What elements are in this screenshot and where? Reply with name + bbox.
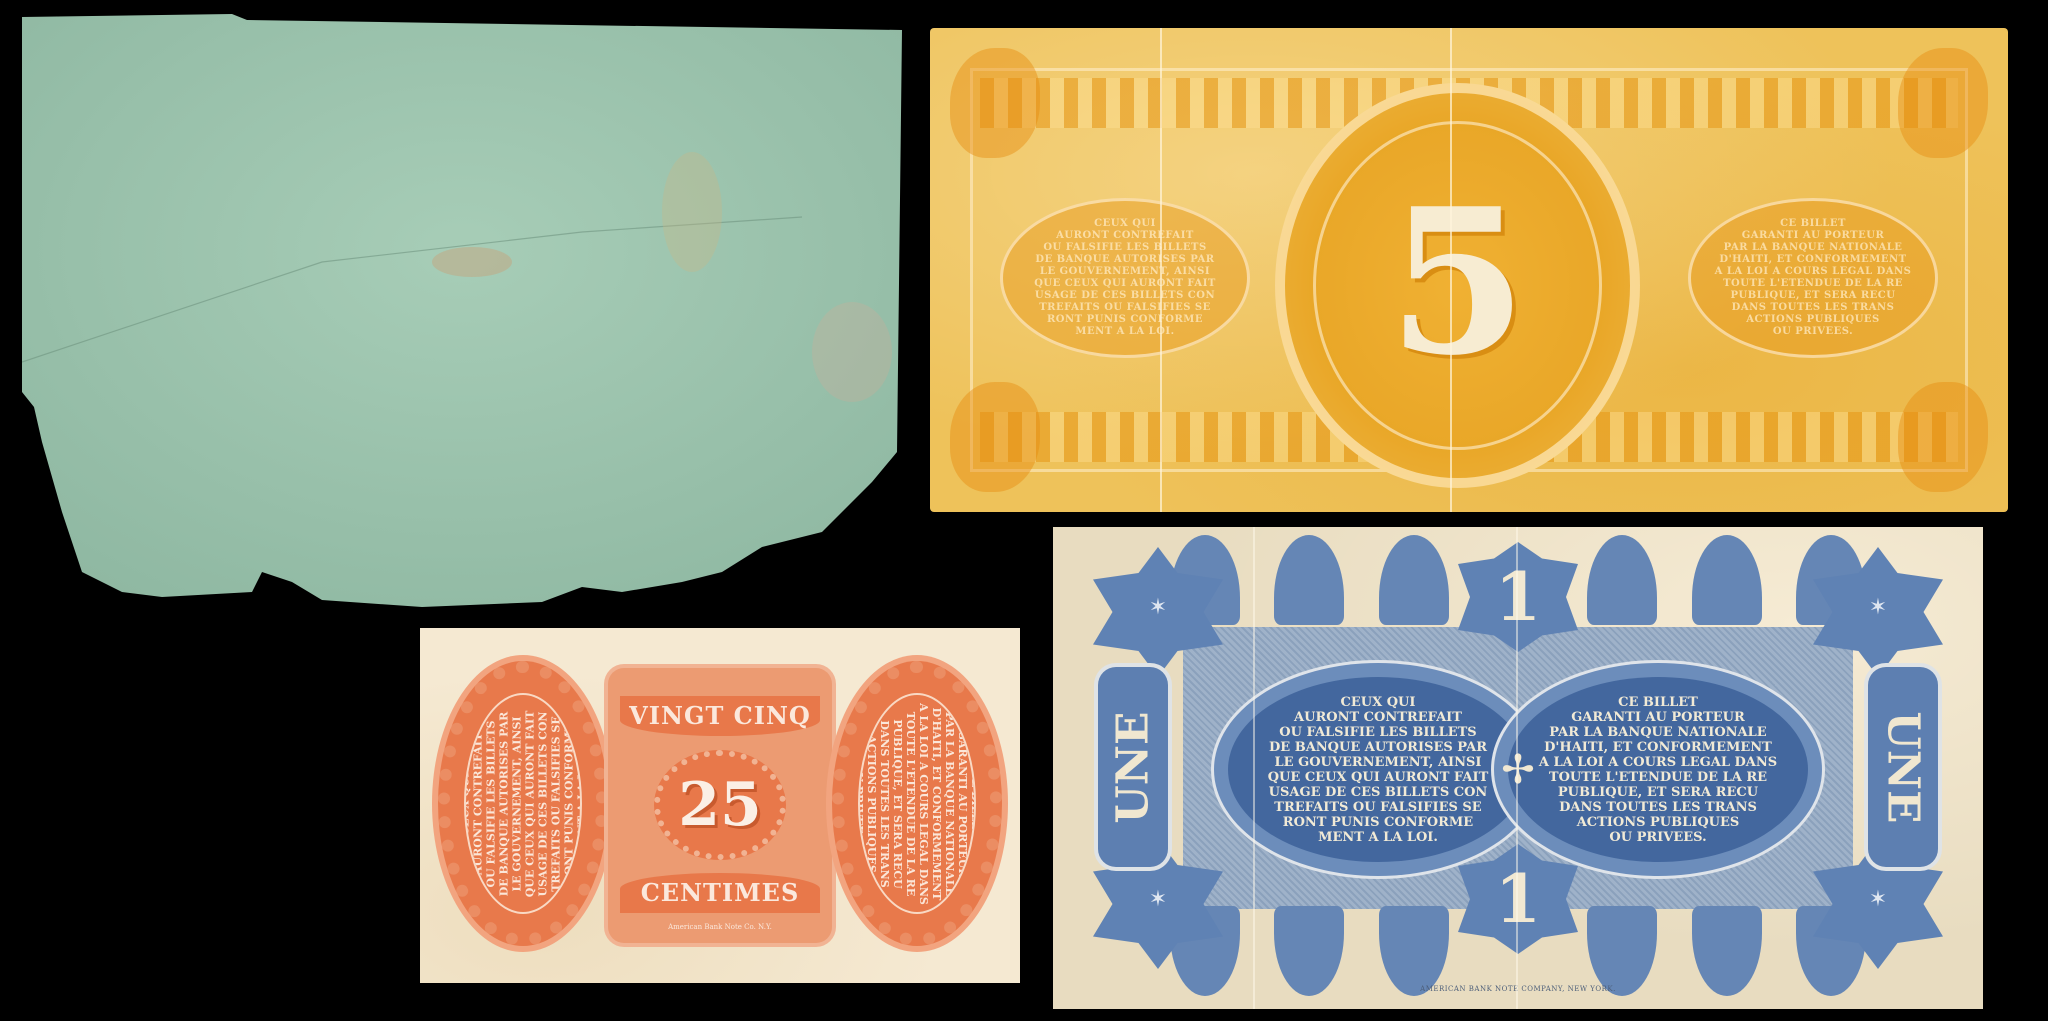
- oval-text-line: AURONT CONTREFAIT: [1294, 710, 1462, 725]
- oval-text-line: MENT A LA LOI.: [1318, 830, 1438, 845]
- oval-text-line: D'HAITI, ET CONFORMEMENT: [1544, 740, 1772, 755]
- center-denomination-oval: 5: [1275, 83, 1640, 488]
- denomination-rosette: 25: [654, 750, 786, 860]
- right-text-oval: CE BILLETGARANTI AU PORTEURPAR LA BANQUE…: [1688, 198, 1938, 358]
- corner-ornament: [950, 382, 1040, 492]
- fold-crease: [1253, 527, 1255, 1009]
- oval-text-line: OU FALSIFIE LES BILLETS: [484, 720, 497, 887]
- oval-text-line: RONT PUNIS CONFORME: [1283, 815, 1473, 830]
- oval-text-line: TOUTE L'ETENDUE DE LA RE: [1723, 278, 1903, 290]
- denomination-numeral: 1: [1495, 558, 1541, 636]
- center-panel: VINGT CINQ 25 CENTIMES American Bank Not…: [608, 668, 832, 943]
- scallop-ornament: [1692, 906, 1762, 996]
- scallop-ornament: [1379, 535, 1449, 625]
- scallop-ornament: [1274, 906, 1344, 996]
- top-banner: VINGT CINQ: [620, 696, 820, 736]
- scallop-ornament: [1379, 906, 1449, 996]
- green-note-fragment: [22, 12, 902, 607]
- oval-text-line: GARANTI AU PORTEUR: [1571, 710, 1745, 725]
- oval-text-line: OU FALSIFIE LES BILLETS: [1279, 725, 1476, 740]
- oval-text-line: GARANTI AU PORTEUR: [1742, 230, 1885, 242]
- printer-imprint: American Bank Note Co. N.Y.: [608, 923, 832, 931]
- oval-text-line: DE BANQUE AUTORISES PAR: [1035, 254, 1214, 266]
- corner-ornament: [950, 48, 1040, 158]
- oval-text-line: TREFAITS OU FALSIFIES SE: [1274, 800, 1481, 815]
- oval-text-line: D'HAITI, ET CONFORMEMENT: [1719, 254, 1906, 266]
- oval-text-line: MENT A LA LOI.: [575, 753, 582, 854]
- fleur-cross-ornament: ✢: [1498, 697, 1538, 842]
- oval-text-line: PAR LA BANQUE NATIONALE: [1549, 725, 1766, 740]
- left-text-oval: CEUX QUIAURONT CONTREFAITOU FALSIFIE LES…: [1228, 677, 1528, 862]
- oval-text-line: TREFAITS OU FALSIFIES SE: [549, 716, 562, 891]
- corner-ornament: [1898, 382, 1988, 492]
- oval-text-line: QUE CEUX QUI AURONT FAIT: [523, 710, 536, 897]
- oval-text-line: USAGE DE CES BILLETS CON: [1035, 290, 1215, 302]
- oval-text-line: OU FALSIFIE LES BILLETS: [1043, 242, 1206, 254]
- scallop-ornament: [1587, 535, 1657, 625]
- oval-text-line: PUBLIQUE, ET SERA RECU: [891, 719, 904, 888]
- oval-text-line: AURONT CONTREFAIT: [471, 732, 484, 874]
- denomination-numeral: 5: [1285, 183, 1630, 383]
- green-paper-shape: [22, 12, 902, 607]
- side-word: UNE: [1108, 711, 1159, 823]
- left-text-oval: CEUX QUIAURONT CONTREFAITOU FALSIFIE LES…: [438, 661, 608, 946]
- scallop-ornament: [1692, 535, 1762, 625]
- oval-text-line: LE GOUVERNEMENT, AINSI: [1275, 755, 1482, 770]
- denomination-numeral: 25: [678, 770, 762, 840]
- oval-text-line: OU PRIVEES.: [1773, 326, 1853, 338]
- blue-une-note: UNE UNE 1 1 CEUX QUIAURONT CONTREFAITOU …: [1053, 527, 1983, 1009]
- fold-crease: [1450, 28, 1452, 512]
- oval-text-line: PUBLIQUE, ET SERA RECU: [1558, 785, 1758, 800]
- oval-text-line: CEUX QUI: [1341, 695, 1416, 710]
- oval-text-line: TOUTE L'ETENDUE DE LA RE: [1549, 770, 1767, 785]
- oval-text-area: CEUX QUIAURONT CONTREFAITOU FALSIFIE LES…: [464, 693, 582, 914]
- oval-text-line: A LA LOI A COURS LEGAL DANS: [917, 703, 930, 905]
- left-side-panel: UNE: [1098, 667, 1168, 867]
- oval-text-line: A LA LOI A COURS LEGAL DANS: [1539, 755, 1777, 770]
- denomination-numeral: 1: [1495, 860, 1541, 938]
- oval-text-line: DE BANQUE AUTORISES PAR: [1269, 740, 1487, 755]
- oval-text-line: PUBLIQUE, ET SERA RECU: [1731, 290, 1896, 302]
- oval-text-line: TOUTE L'ETENDUE DE LA RE: [904, 711, 917, 896]
- oval-text-line: PAR LA BANQUE NATIONALE: [943, 712, 956, 896]
- corner-ornament: [1898, 48, 1988, 158]
- scallop-ornament: [1587, 906, 1657, 996]
- oval-text-line: RONT PUNIS CONFORME: [1047, 314, 1203, 326]
- oval-text-line: CE BILLET: [969, 770, 976, 837]
- oval-text-line: ACTIONS PUBLIQUES: [1577, 815, 1740, 830]
- oval-text-line: CEUX QUI: [464, 772, 471, 835]
- oval-text-line: D'HAITI, ET CONFORMEMENT: [930, 707, 943, 900]
- oval-text-line: OU PRIVEES.: [858, 762, 865, 844]
- oval-text-line: TREFAITS OU FALSIFIES SE: [1039, 302, 1211, 314]
- right-text-oval: CE BILLETGARANTI AU PORTEURPAR LA BANQUE…: [832, 661, 1002, 946]
- oval-text-line: QUE CEUX QUI AURONT FAIT: [1034, 278, 1216, 290]
- fold-crease: [1516, 527, 1518, 1009]
- oval-text-line: CE BILLET: [1780, 218, 1846, 230]
- oval-text-line: PAR LA BANQUE NATIONALE: [1724, 242, 1903, 254]
- oval-text-area: CE BILLETGARANTI AU PORTEURPAR LA BANQUE…: [858, 693, 976, 914]
- oval-text-line: GARANTI AU PORTEUR: [956, 730, 969, 877]
- right-side-panel: UNE: [1868, 667, 1938, 867]
- oval-text-line: USAGE DE CES BILLETS CON: [1269, 785, 1488, 800]
- printer-imprint: AMERICAN BANK NOTE COMPANY, NEW YORK.: [1053, 985, 1983, 993]
- oval-text-line: DANS TOUTES LES TRANS: [1732, 302, 1895, 314]
- oval-text-line: DE BANQUE AUTORISES PAR: [497, 711, 510, 895]
- oval-text-line: RONT PUNIS CONFORME: [562, 723, 575, 884]
- bottom-banner: CENTIMES: [620, 873, 820, 913]
- oval-text-line: DANS TOUTES LES TRANS: [1559, 800, 1757, 815]
- oval-text-line: AURONT CONTREFAIT: [1056, 230, 1194, 242]
- oval-text-line: LE GOUVERNEMENT, AINSI: [510, 716, 523, 891]
- fold-crease: [1160, 28, 1162, 512]
- right-text-oval: CE BILLETGARANTI AU PORTEURPAR LA BANQUE…: [1508, 677, 1808, 862]
- oval-text-line: USAGE DE CES BILLETS CON: [536, 711, 549, 896]
- oval-text-line: QUE CEUX QUI AURONT FAIT: [1268, 770, 1489, 785]
- oval-text-line: LE GOUVERNEMENT, AINSI: [1040, 266, 1210, 278]
- oval-text-line: ACTIONS PUBLIQUES: [865, 735, 878, 873]
- oval-text-line: ACTIONS PUBLIQUES: [1746, 314, 1880, 326]
- left-text-oval: CEUX QUIAURONT CONTREFAITOU FALSIFIE LES…: [1000, 198, 1250, 358]
- oval-text-line: A LA LOI A COURS LEGAL DANS: [1715, 266, 1912, 278]
- oval-text-line: CE BILLET: [1618, 695, 1698, 710]
- oval-text-line: OU PRIVEES.: [1609, 830, 1706, 845]
- orange-25-centimes-note: CEUX QUIAURONT CONTREFAITOU FALSIFIE LES…: [420, 628, 1020, 983]
- yellow-five-note: CEUX QUIAURONT CONTREFAITOU FALSIFIE LES…: [930, 28, 2008, 512]
- side-word: UNE: [1878, 711, 1929, 823]
- oval-text-line: DANS TOUTES LES TRANS: [878, 720, 891, 887]
- scallop-ornament: [1274, 535, 1344, 625]
- oval-text-line: CEUX QUI: [1094, 218, 1156, 230]
